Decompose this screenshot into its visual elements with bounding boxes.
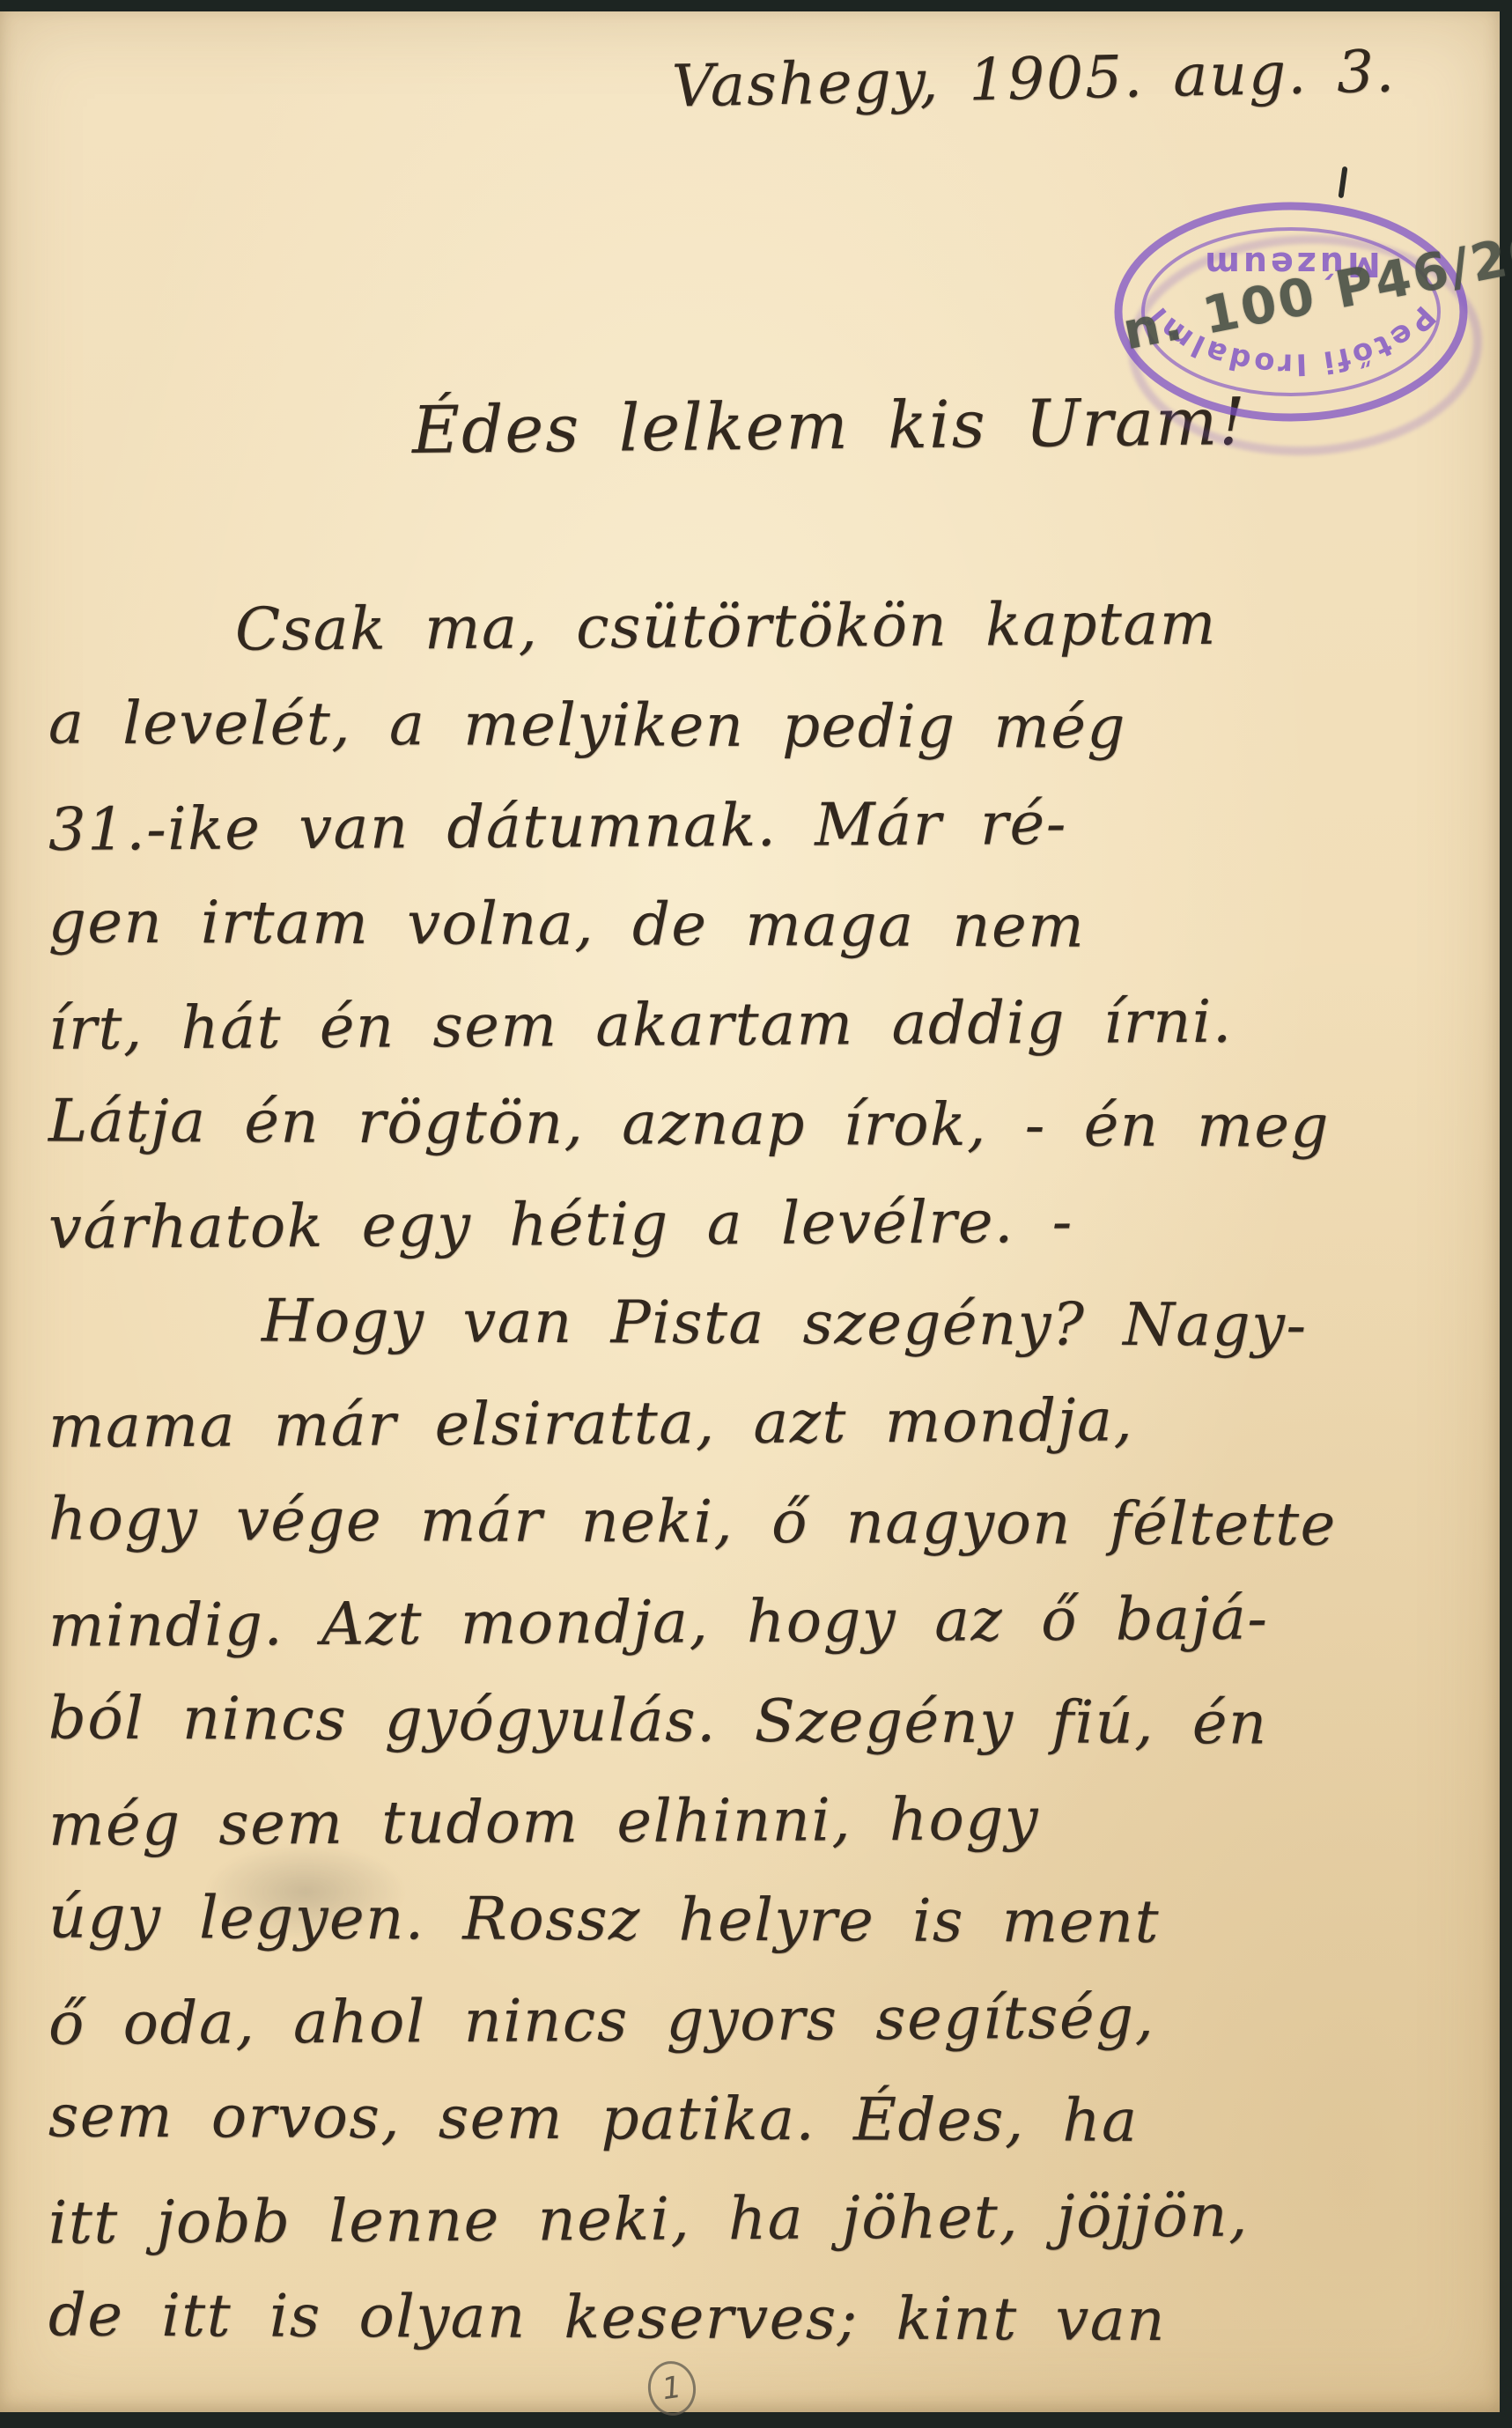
letter-line: 31.-ike van dátumnak. Már ré- xyxy=(48,771,1465,880)
letter-line: Látja én rögtön, aznap írok, - én meg xyxy=(48,1071,1464,1177)
dateline: Vashegy, 1905. aug. 3. xyxy=(671,37,1397,120)
letter-line: sem orvos, sem patika. Édes, ha xyxy=(48,2066,1464,2172)
letter-paper: Vashegy, 1905. aug. 3. Édes lelkem kis U… xyxy=(0,11,1500,2412)
letter-line: mama már elsiratta, azt mondja, xyxy=(48,1369,1465,1477)
letter-line: ő oda, ahol nincs gyors segítség, xyxy=(48,1966,1465,2074)
letter-line: várhatok egy hétig a levélre. - xyxy=(48,1170,1465,1278)
page-number: 1 xyxy=(660,2370,683,2408)
letter-line: de itt is olyan keserves; kint van xyxy=(48,2265,1464,2371)
graphite-smudge xyxy=(204,1843,407,1940)
letter-line: itt jobb lenne neki, ha jöhet, jöjjön, xyxy=(48,2165,1465,2273)
letter-line: írt, hát én sem akartam addig írni. xyxy=(48,970,1465,1079)
letter-line: hogy vége már neki, ő nagyon féltette xyxy=(48,1469,1464,1575)
letter-line: mindig. Azt mondja, hogy az ő bajá- xyxy=(48,1568,1465,1676)
letter-line: ból nincs gyógyulás. Szegény fiú, én xyxy=(48,1668,1464,1774)
letter-line: Hogy van Pista szegény? Nagy- xyxy=(48,1270,1464,1376)
letter-body: Csak ma, csütörtökön kaptam a levelét, a… xyxy=(48,577,1464,2368)
letter-line: Csak ma, csütörtökön kaptam xyxy=(48,572,1465,681)
scanned-letter-page: { "document": { "kind": "handwritten-let… xyxy=(0,0,1512,2428)
letter-line: gen irtam volna, de maga nem xyxy=(48,872,1464,978)
letter-line: a levelét, a melyiken pedig még xyxy=(48,673,1464,779)
pencil-tick-mark xyxy=(1339,166,1348,198)
